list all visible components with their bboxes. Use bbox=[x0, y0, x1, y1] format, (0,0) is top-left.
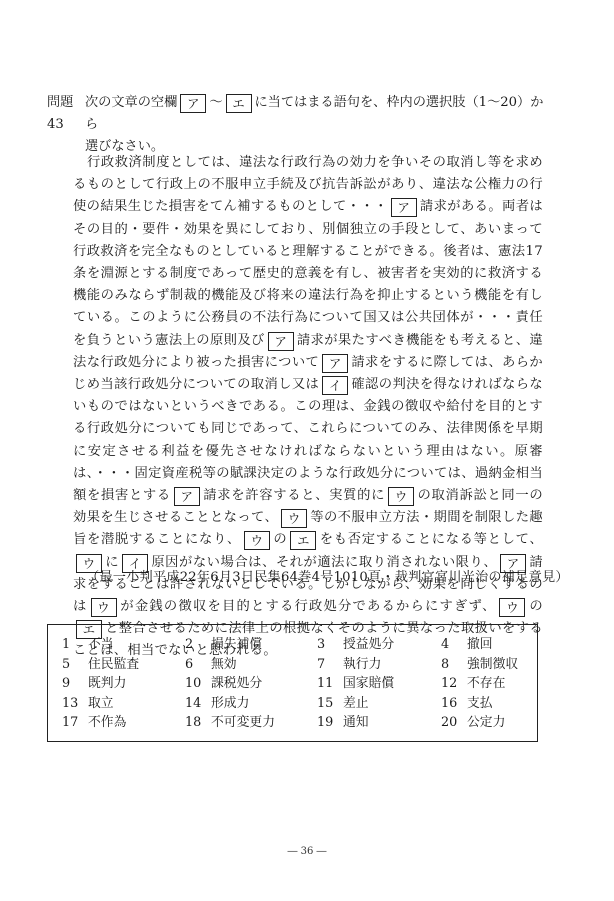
choices-box: 1不当2損失補償3授益処分4撤回5住民監査6無効7執行力8強制徴収9既判力10課… bbox=[47, 624, 538, 742]
choice-number: 1 bbox=[62, 635, 88, 655]
choice-label: 既判力 bbox=[88, 674, 126, 694]
choice-item: 9既判力 bbox=[62, 674, 185, 694]
choice-label: 損失補償 bbox=[211, 635, 262, 655]
choice-number: 18 bbox=[185, 713, 211, 733]
choice-label: 強制徴収 bbox=[467, 655, 518, 675]
choice-item: 2損失補償 bbox=[185, 635, 317, 655]
choice-number: 9 bbox=[62, 674, 88, 694]
choice-label: 課税処分 bbox=[211, 674, 262, 694]
choice-item: 15差止 bbox=[317, 694, 441, 714]
choice-item: 12不存在 bbox=[441, 674, 551, 694]
choice-number: 4 bbox=[441, 635, 467, 655]
blank-box: ウ bbox=[244, 531, 270, 550]
choice-label: 差止 bbox=[343, 694, 369, 714]
blank-box: ウ bbox=[499, 598, 525, 617]
choice-item: 19通知 bbox=[317, 713, 441, 733]
choice-item: 10課税処分 bbox=[185, 674, 317, 694]
choice-label: 取立 bbox=[88, 694, 114, 714]
choice-number: 2 bbox=[185, 635, 211, 655]
blank-box: ア bbox=[322, 354, 348, 373]
choice-number: 12 bbox=[441, 674, 467, 694]
choice-number: 7 bbox=[317, 655, 343, 675]
choice-label: 形成力 bbox=[211, 694, 249, 714]
choice-label: 不当 bbox=[88, 635, 114, 655]
blank-box: ア bbox=[174, 487, 200, 506]
choice-number: 6 bbox=[185, 655, 211, 675]
choice-item: 6無効 bbox=[185, 655, 317, 675]
choice-item: 17不作為 bbox=[62, 713, 185, 733]
choice-item: 20公定力 bbox=[441, 713, 551, 733]
passage-segment: 請求を許容すると、実質的に bbox=[203, 488, 385, 503]
choice-label: 支払 bbox=[467, 694, 493, 714]
blank-box: ウ bbox=[388, 487, 414, 506]
instruction-text: 次の文章の空欄 bbox=[85, 95, 177, 110]
passage-segment: 請求がある。両者はその目的・要件・効果を異にしており、別個独立の手段として、あい… bbox=[73, 199, 543, 347]
blank-box: ウ bbox=[281, 509, 307, 528]
choice-label: 無効 bbox=[211, 655, 237, 675]
choice-label: 執行力 bbox=[343, 655, 381, 675]
blank-box: ア bbox=[391, 198, 417, 217]
choice-item: 8強制徴収 bbox=[441, 655, 551, 675]
choice-label: 国家賠償 bbox=[343, 674, 394, 694]
choice-number: 17 bbox=[62, 713, 88, 733]
choice-number: 3 bbox=[317, 635, 343, 655]
choice-label: 住民監査 bbox=[88, 655, 139, 675]
choice-number: 8 bbox=[441, 655, 467, 675]
choice-number: 20 bbox=[441, 713, 467, 733]
blank-box: ウ bbox=[91, 598, 117, 617]
question-number: 問題43 bbox=[47, 92, 85, 136]
citation: （最一小判平成22年6月3日民集64巻4号1010頁・裁判官宮川光治の補足意見） bbox=[86, 567, 569, 589]
choice-item: 3授益処分 bbox=[317, 635, 441, 655]
choice-number: 14 bbox=[185, 694, 211, 714]
question-header: 問題43 次の文章の空欄ア～エに当てはまる語句を、枠内の選択肢（1～20）から … bbox=[47, 92, 547, 158]
choice-label: 公定力 bbox=[467, 713, 505, 733]
choice-label: 授益処分 bbox=[343, 635, 394, 655]
choice-label: 撤回 bbox=[467, 635, 493, 655]
choice-number: 11 bbox=[317, 674, 343, 694]
blank-box: イ bbox=[322, 376, 348, 395]
passage-segment: の bbox=[528, 599, 543, 614]
choice-number: 15 bbox=[317, 694, 343, 714]
choice-item: 5住民監査 bbox=[62, 655, 185, 675]
blank-box: ア bbox=[180, 94, 206, 113]
range-separator: ～ bbox=[209, 95, 222, 110]
choice-label: 不可変更力 bbox=[211, 713, 275, 733]
choice-number: 16 bbox=[441, 694, 467, 714]
choice-label: 通知 bbox=[343, 713, 369, 733]
choice-item: 7執行力 bbox=[317, 655, 441, 675]
choice-label: 不作為 bbox=[88, 713, 126, 733]
blank-box: エ bbox=[226, 94, 252, 113]
passage-segment: の bbox=[273, 532, 287, 547]
choice-number: 13 bbox=[62, 694, 88, 714]
choice-item: 14形成力 bbox=[185, 694, 317, 714]
page-number: ― 36 ― bbox=[0, 846, 614, 857]
passage-segment: 確認の判決を得なければならないものではないというべきである。この理は、金銭の徴収… bbox=[73, 377, 543, 503]
choice-item: 13取立 bbox=[62, 694, 185, 714]
choice-item: 18不可変更力 bbox=[185, 713, 317, 733]
choices-grid: 1不当2損失補償3授益処分4撤回5住民監査6無効7執行力8強制徴収9既判力10課… bbox=[62, 635, 537, 733]
blank-box: ア bbox=[268, 332, 294, 351]
passage-segment: が金銭の徴収を目的とする行政処分であるからにすぎず、 bbox=[120, 599, 497, 614]
choice-item: 11国家賠償 bbox=[317, 674, 441, 694]
choice-item: 4撤回 bbox=[441, 635, 551, 655]
question-instruction: 次の文章の空欄ア～エに当てはまる語句を、枠内の選択肢（1～20）から bbox=[85, 92, 547, 136]
blank-box: エ bbox=[290, 531, 316, 550]
choice-number: 19 bbox=[317, 713, 343, 733]
passage-segment: をも否定することになる等として、 bbox=[319, 532, 543, 547]
choice-item: 16支払 bbox=[441, 694, 551, 714]
choice-label: 不存在 bbox=[467, 674, 505, 694]
choice-number: 5 bbox=[62, 655, 88, 675]
choice-number: 10 bbox=[185, 674, 211, 694]
choice-item: 1不当 bbox=[62, 635, 185, 655]
